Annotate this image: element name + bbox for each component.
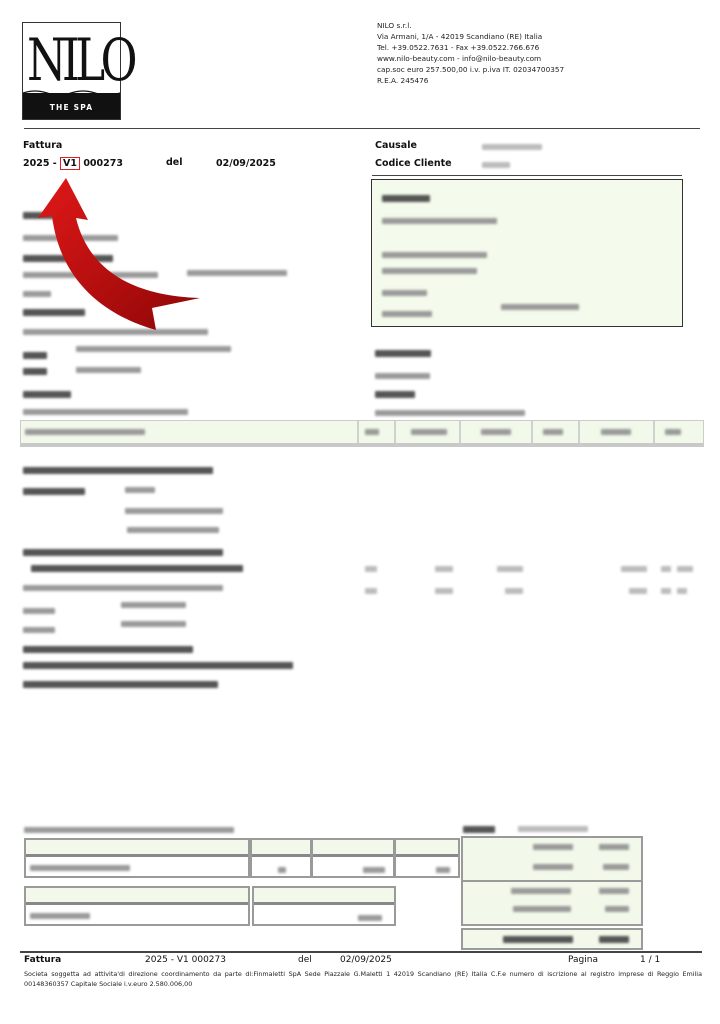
footer-divider: [20, 951, 702, 953]
right-divider: [372, 175, 682, 176]
footer-doc-label: Fattura: [24, 955, 61, 965]
causale-label: Causale: [375, 140, 417, 151]
invoice-year: 2025: [23, 158, 49, 169]
invoice-doc-label: Fattura: [23, 140, 62, 151]
company-logo: NILO THE SPA INDUSTRY: [22, 22, 121, 120]
shipping-info-redacted: [375, 343, 675, 419]
logo-tagline: THE SPA INDUSTRY: [23, 93, 120, 119]
header-divider: [24, 128, 700, 129]
footer-del-label: del: [298, 955, 312, 965]
payment-amount-table: [252, 886, 396, 926]
codice-cliente-label: Codice Cliente: [375, 158, 452, 169]
totals-taxable-tax: [461, 880, 643, 926]
company-address: Via Armani, 1/A - 42019 Scandiano (RE) I…: [377, 31, 564, 42]
causale-value-redacted: [482, 144, 542, 150]
footer-page-label: Pagina: [568, 955, 598, 965]
totals-currency-redacted: [518, 826, 588, 832]
footer-invoice-number: 2025 - V1 000273: [145, 955, 226, 965]
recipient-box: [371, 179, 683, 327]
company-phone: Tel. +39.0522.7631 - Fax +39.0522.766.67…: [377, 42, 564, 53]
company-web: www.nilo-beauty.com - info@nilo-beauty.c…: [377, 53, 564, 64]
footer-page-value: 1 / 1: [640, 955, 660, 965]
invoice-number: 2025 - V1 000273: [23, 158, 123, 169]
vat-table-taxable: [311, 838, 395, 878]
company-rea: R.E.A. 245476: [377, 75, 564, 86]
annotation-arrow-icon: [30, 178, 220, 333]
codice-cliente-value-redacted: [482, 162, 510, 168]
totals-grand-total: [461, 928, 643, 950]
vat-table-rate: [250, 838, 312, 878]
items-table-header: [20, 420, 704, 447]
invoice-series-highlight: V1: [60, 157, 80, 170]
company-name: NILO s.r.l.: [377, 20, 564, 31]
company-capital: cap.soc euro 257.500,00 i.v. p.iva IT. 0…: [377, 64, 564, 75]
contribution-note-redacted: [24, 827, 234, 833]
items-table-body-redacted: [23, 460, 343, 691]
totals-label-redacted: [463, 826, 495, 833]
payment-schedule-table: [24, 886, 250, 926]
invoice-sep: -: [53, 158, 57, 169]
totals-goods-services: [461, 836, 643, 884]
logo-mark: NILO: [27, 25, 133, 95]
footer-date: 02/09/2025: [340, 955, 392, 965]
vat-table-amount: [394, 838, 460, 878]
invoice-progressive: 000273: [83, 158, 123, 169]
footer-legal-notice: Societa soggetta ad attivita'di direzion…: [24, 970, 702, 989]
invoice-del-label: del: [166, 157, 183, 168]
company-info: NILO s.r.l. Via Armani, 1/A - 42019 Scan…: [377, 20, 564, 86]
vat-table-description: [24, 838, 250, 878]
invoice-date: 02/09/2025: [216, 158, 276, 169]
